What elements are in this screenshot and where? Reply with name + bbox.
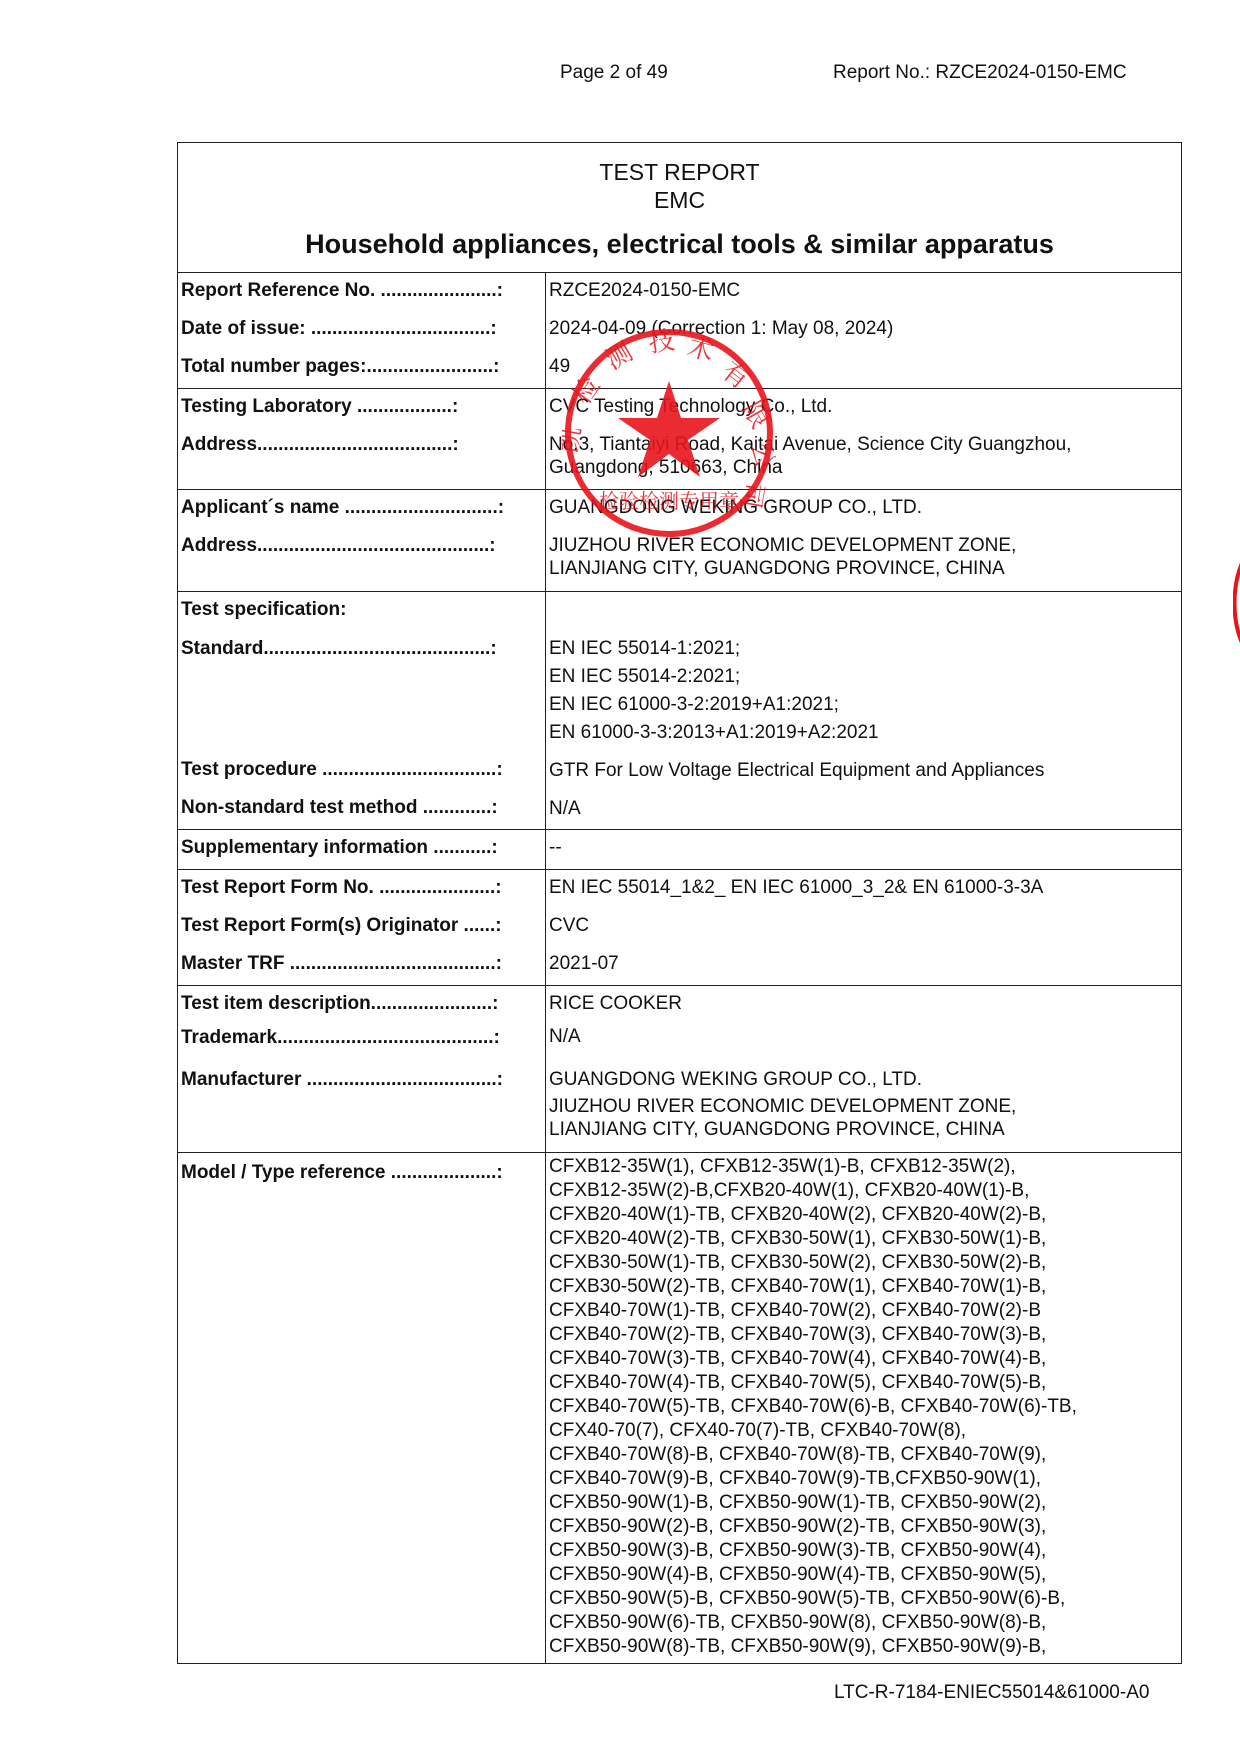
model-line: CFXB50-90W(8)-TB, CFXB50-90W(9), CFXB50-… [549,1635,1181,1659]
header-report-number: Report No.: RZCE2024-0150-EMC [833,62,1127,84]
value-trf-number: EN IEC 55014_1&2_ EN IEC 61000_3_2& EN 6… [549,876,1181,899]
label-standard: Standard................................… [181,637,545,660]
value-lab-address-line1: No.3, Tiantaiyi Road, Kaitai Avenue, Sci… [549,433,1181,456]
section-test-specification: Test specification: Standard............… [178,592,1181,830]
section-applicant: Applicant´s name .......................… [178,490,1181,592]
value-standard-4: EN 61000-3-3:2013+A1:2019+A2:2021 [549,721,1181,744]
value-applicant-address-line2: LIANJIANG CITY, GUANGDONG PROVINCE, CHIN… [549,557,1181,580]
model-line: CFXB50-90W(1)-B, CFXB50-90W(1)-TB, CFXB5… [549,1491,1181,1515]
label-lab-address: Address.................................… [181,433,545,456]
model-line: CFXB50-90W(6)-TB, CFXB50-90W(8), CFXB50-… [549,1611,1181,1635]
report-title: TEST REPORT [178,159,1181,186]
value-report-reference: RZCE2024-0150-EMC [549,279,1181,302]
section-laboratory: Testing Laboratory ..................: A… [178,389,1181,490]
model-line: CFXB30-50W(2)-TB, CFXB40-70W(1), CFXB40-… [549,1275,1181,1299]
value-master-trf: 2021-07 [549,952,1181,975]
label-model-type-reference: Model / Type reference .................… [181,1161,545,1184]
value-trademark: N/A [549,1025,1181,1048]
value-standard-1: EN IEC 55014-1:2021; [549,637,1181,660]
label-date-of-issue: Date of issue: .........................… [181,317,545,340]
model-line: CFXB50-90W(3)-B, CFXB50-90W(3)-TB, CFXB5… [549,1539,1181,1563]
value-manufacturer-address-line2: LIANJIANG CITY, GUANGDONG PROVINCE, CHIN… [549,1118,1181,1141]
label-non-standard-method: Non-standard test method .............: [181,796,545,819]
model-line: CFXB40-70W(4)-TB, CFXB40-70W(5), CFXB40-… [549,1371,1181,1395]
label-manufacturer: Manufacturer ...........................… [181,1068,545,1091]
title-block: TEST REPORT EMC Household appliances, el… [178,143,1181,273]
label-report-reference: Report Reference No. ...................… [181,279,545,302]
value-supplementary-info: -- [549,836,1181,859]
model-line: CFXB40-70W(9)-B, CFXB40-70W(9)-TB,CFXB50… [549,1467,1181,1491]
label-test-procedure: Test procedure .........................… [181,758,545,781]
edge-seal-fragment [1233,553,1240,653]
label-item-description: Test item description...................… [181,992,545,1015]
label-trf-number: Test Report Form No. ...................… [181,876,545,899]
page-header: Page 2 of 49 Report No.: RZCE2024-0150-E… [0,62,1240,90]
model-line: CFXB40-70W(2)-TB, CFXB40-70W(3), CFXB40-… [549,1323,1181,1347]
model-line: CFXB12-35W(1), CFXB12-35W(1)-B, CFXB12-3… [549,1155,1181,1179]
model-line: CFX40-70(7), CFX40-70(7)-TB, CFXB40-70W(… [549,1419,1181,1443]
value-applicant-name: GUANGDONG WEKING GROUP CO., LTD. [549,496,1181,519]
product-category-title: Household appliances, electrical tools &… [178,228,1181,260]
value-total-pages: 49 [549,355,1181,378]
value-standard-3: EN IEC 61000-3-2:2019+A1:2021; [549,693,1181,716]
value-item-description: RICE COOKER [549,992,1181,1015]
value-testing-laboratory: CVC Testing Technology Co., Ltd. [549,395,1181,418]
label-test-specification: Test specification: [181,598,545,621]
value-applicant-address-line1: JIUZHOU RIVER ECONOMIC DEVELOPMENT ZONE, [549,534,1181,557]
model-line: CFXB12-35W(2)-B,CFXB20-40W(1), CFXB20-40… [549,1179,1181,1203]
value-date-of-issue: 2024-04-09 (Correction 1: May 08, 2024) [549,317,1181,340]
value-manufacturer-address-line1: JIUZHOU RIVER ECONOMIC DEVELOPMENT ZONE, [549,1095,1181,1118]
label-trademark: Trademark...............................… [181,1026,545,1049]
label-master-trf: Master TRF .............................… [181,952,545,975]
model-line: CFXB50-90W(4)-B, CFXB50-90W(4)-TB, CFXB5… [549,1563,1181,1587]
value-standard-2: EN IEC 55014-2:2021; [549,665,1181,688]
model-line: CFXB40-70W(1)-TB, CFXB40-70W(2), CFXB40-… [549,1299,1181,1323]
model-line: CFXB50-90W(2)-B, CFXB50-90W(2)-TB, CFXB5… [549,1515,1181,1539]
model-line: CFXB40-70W(3)-TB, CFXB40-70W(4), CFXB40-… [549,1347,1181,1371]
label-total-pages: Total number pages:.....................… [181,355,545,378]
section-model-reference: Model / Type reference .................… [178,1153,1181,1663]
seal-fragment-icon [1233,553,1240,653]
section-test-item: Test item description...................… [178,986,1181,1153]
page-number: Page 2 of 49 [560,62,668,84]
section-test-report-form: Test Report Form No. ...................… [178,870,1181,986]
form-code-footer: LTC-R-7184-ENIEC55014&61000-A0 [834,1682,1149,1704]
value-non-standard-method: N/A [549,797,1181,820]
value-lab-address-line2: Guangdong, 510663, China [549,456,1181,479]
value-trf-originator: CVC [549,914,1181,937]
model-line: CFXB30-50W(1)-TB, CFXB30-50W(2), CFXB30-… [549,1251,1181,1275]
label-testing-laboratory: Testing Laboratory ..................: [181,395,545,418]
model-line: CFXB40-70W(5)-TB, CFXB40-70W(6)-B, CFXB4… [549,1395,1181,1419]
model-line: CFXB20-40W(1)-TB, CFXB20-40W(2), CFXB20-… [549,1203,1181,1227]
model-line: CFXB20-40W(2)-TB, CFXB30-50W(1), CFXB30-… [549,1227,1181,1251]
section-supplementary: Supplementary information ...........: -… [178,830,1181,870]
value-test-procedure: GTR For Low Voltage Electrical Equipment… [549,759,1181,782]
report-summary-table: TEST REPORT EMC Household appliances, el… [177,142,1182,1664]
label-applicant-name: Applicant´s name .......................… [181,496,545,519]
model-line: CFXB50-90W(5)-B, CFXB50-90W(5)-TB, CFXB5… [549,1587,1181,1611]
label-trf-originator: Test Report Form(s) Originator ......: [181,914,545,937]
label-supplementary-info: Supplementary information ...........: [181,836,545,859]
report-subtitle: EMC [178,187,1181,214]
model-line: CFXB40-70W(8)-B, CFXB40-70W(8)-TB, CFXB4… [549,1443,1181,1467]
label-applicant-address: Address.................................… [181,534,545,557]
value-manufacturer-name: GUANGDONG WEKING GROUP CO., LTD. [549,1068,1181,1091]
section-reference: Report Reference No. ...................… [178,273,1181,389]
